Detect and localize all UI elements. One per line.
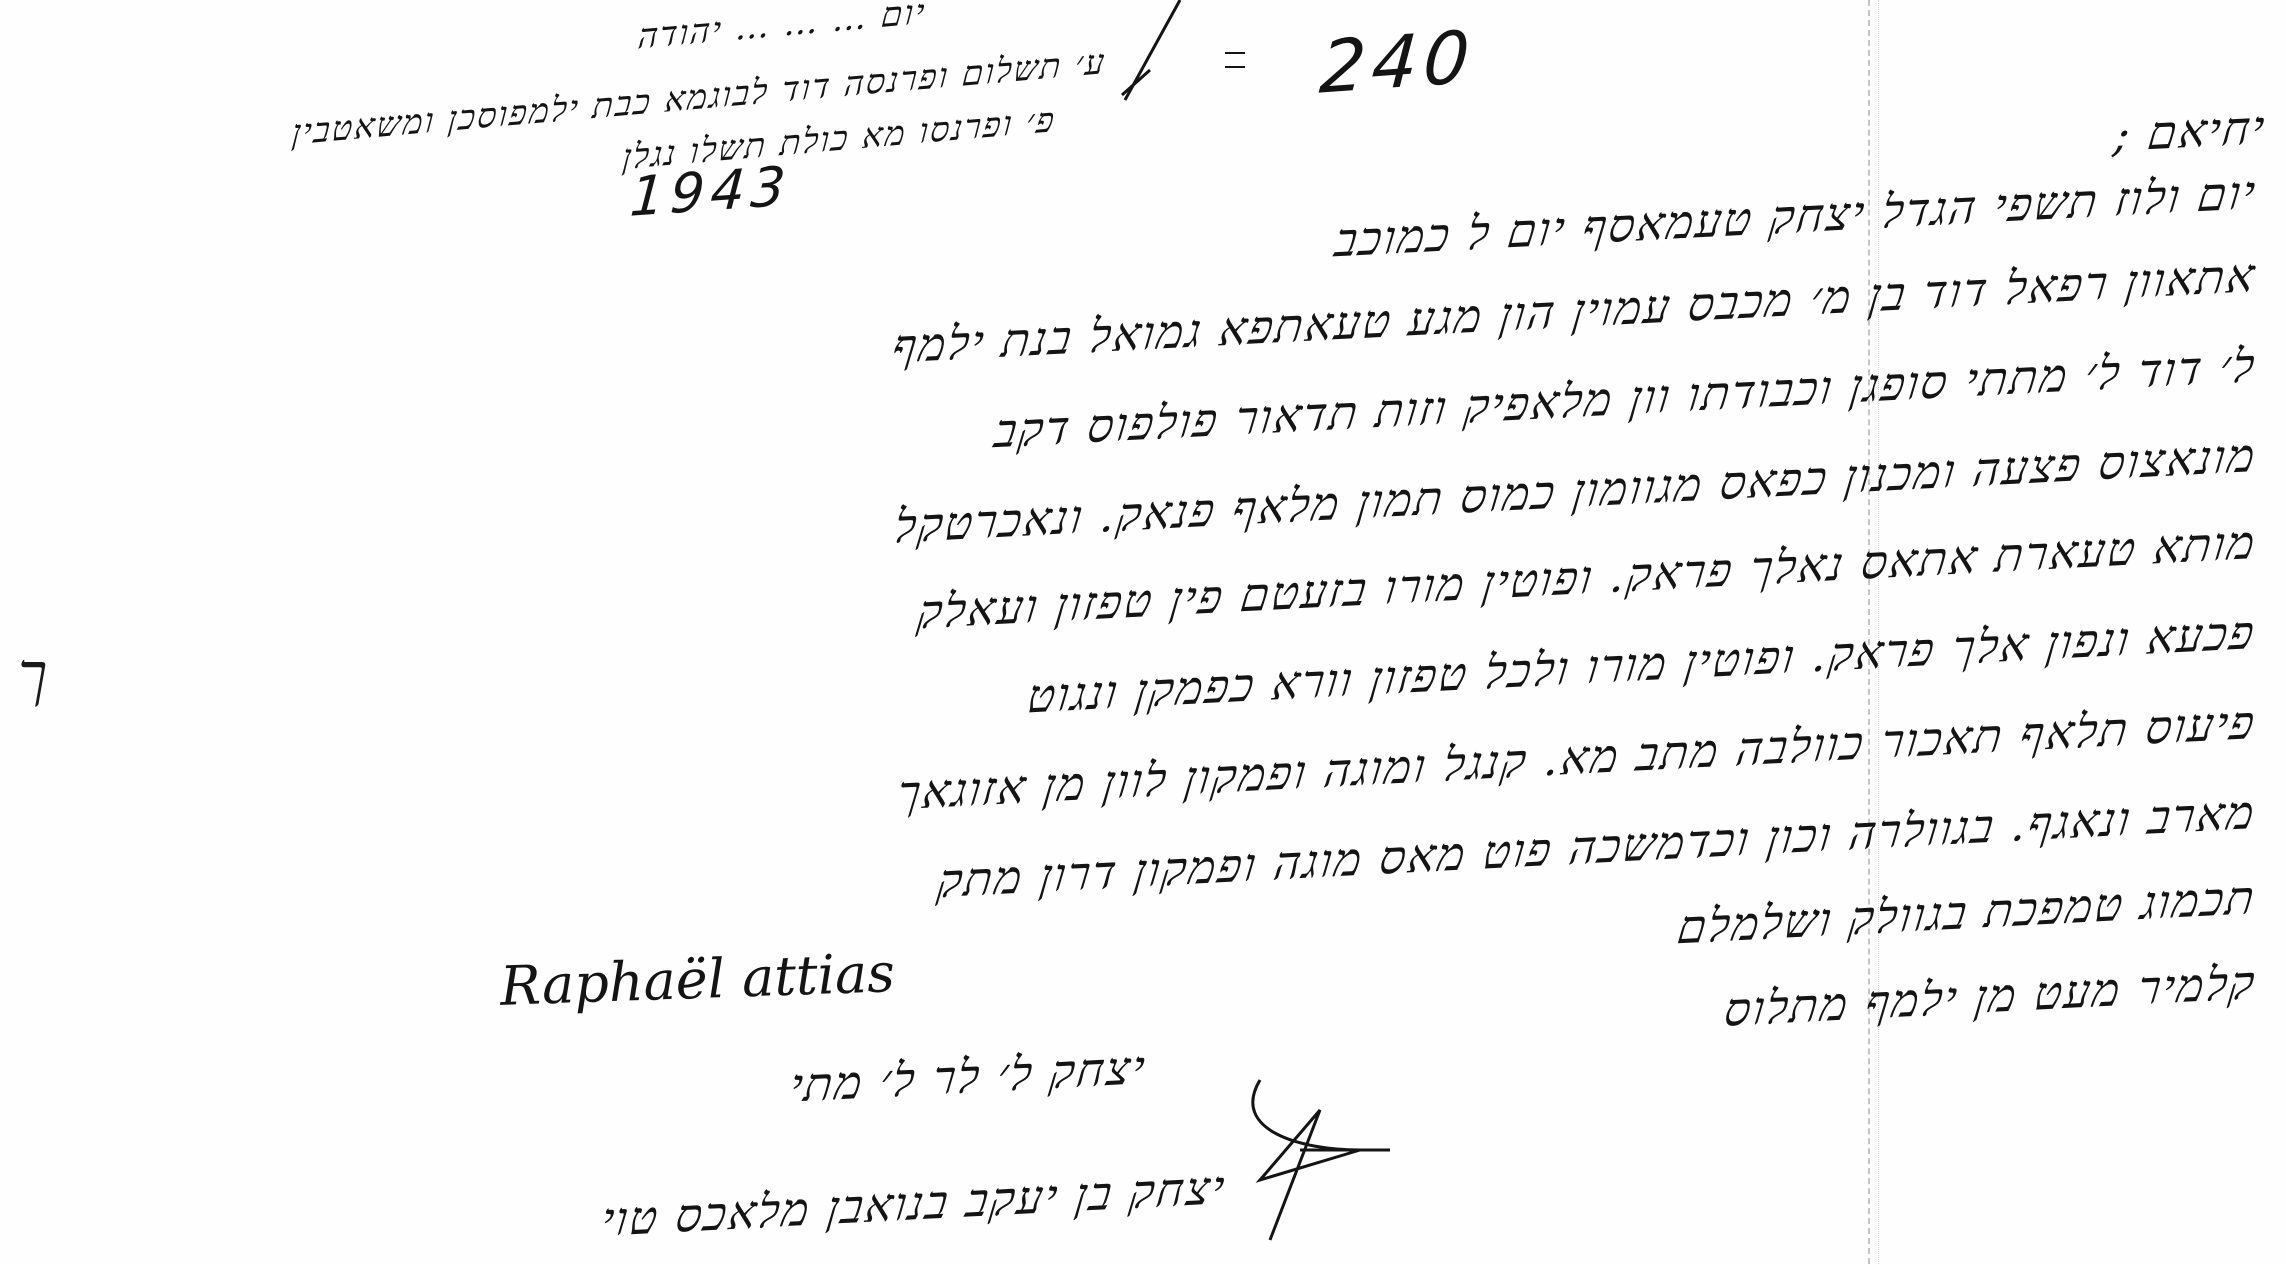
- signature-flourish-icon: [1240, 1070, 1440, 1250]
- body-line-1: יום ולוז תשפי הגדל יצחק טעמאסף יום ל כמו…: [1331, 165, 2259, 268]
- scanned-letter-page: יום … … … יהודה ע׳ תשלום ופרנסה דוד לבוג…: [0, 0, 2286, 1264]
- check-mark-icon: [1120, 0, 1210, 140]
- margin-mark: ך: [18, 640, 47, 710]
- page-number: 240: [1317, 14, 1478, 109]
- signature-hebrew-1: יצחק ל׳ לר ל׳ מתי: [787, 1040, 1149, 1113]
- year: 1943: [628, 154, 793, 229]
- signature-latin: Raphaël attias: [499, 941, 896, 1018]
- body-line-10: קלמיר מעט מן ילמף מתלוס: [1721, 955, 2259, 1037]
- top-note-line-1: יום … … … יהודה: [636, 0, 928, 57]
- salutation: יחיאם ;: [2111, 100, 2269, 162]
- equals-mark: [1225, 52, 1245, 68]
- signature-hebrew-2: יצחק בן יעקב בנואבן מלאכס טוי: [599, 1160, 1230, 1247]
- body-line-9: תכמוג טמפכת בגוולק ושלמלם: [1675, 870, 2260, 955]
